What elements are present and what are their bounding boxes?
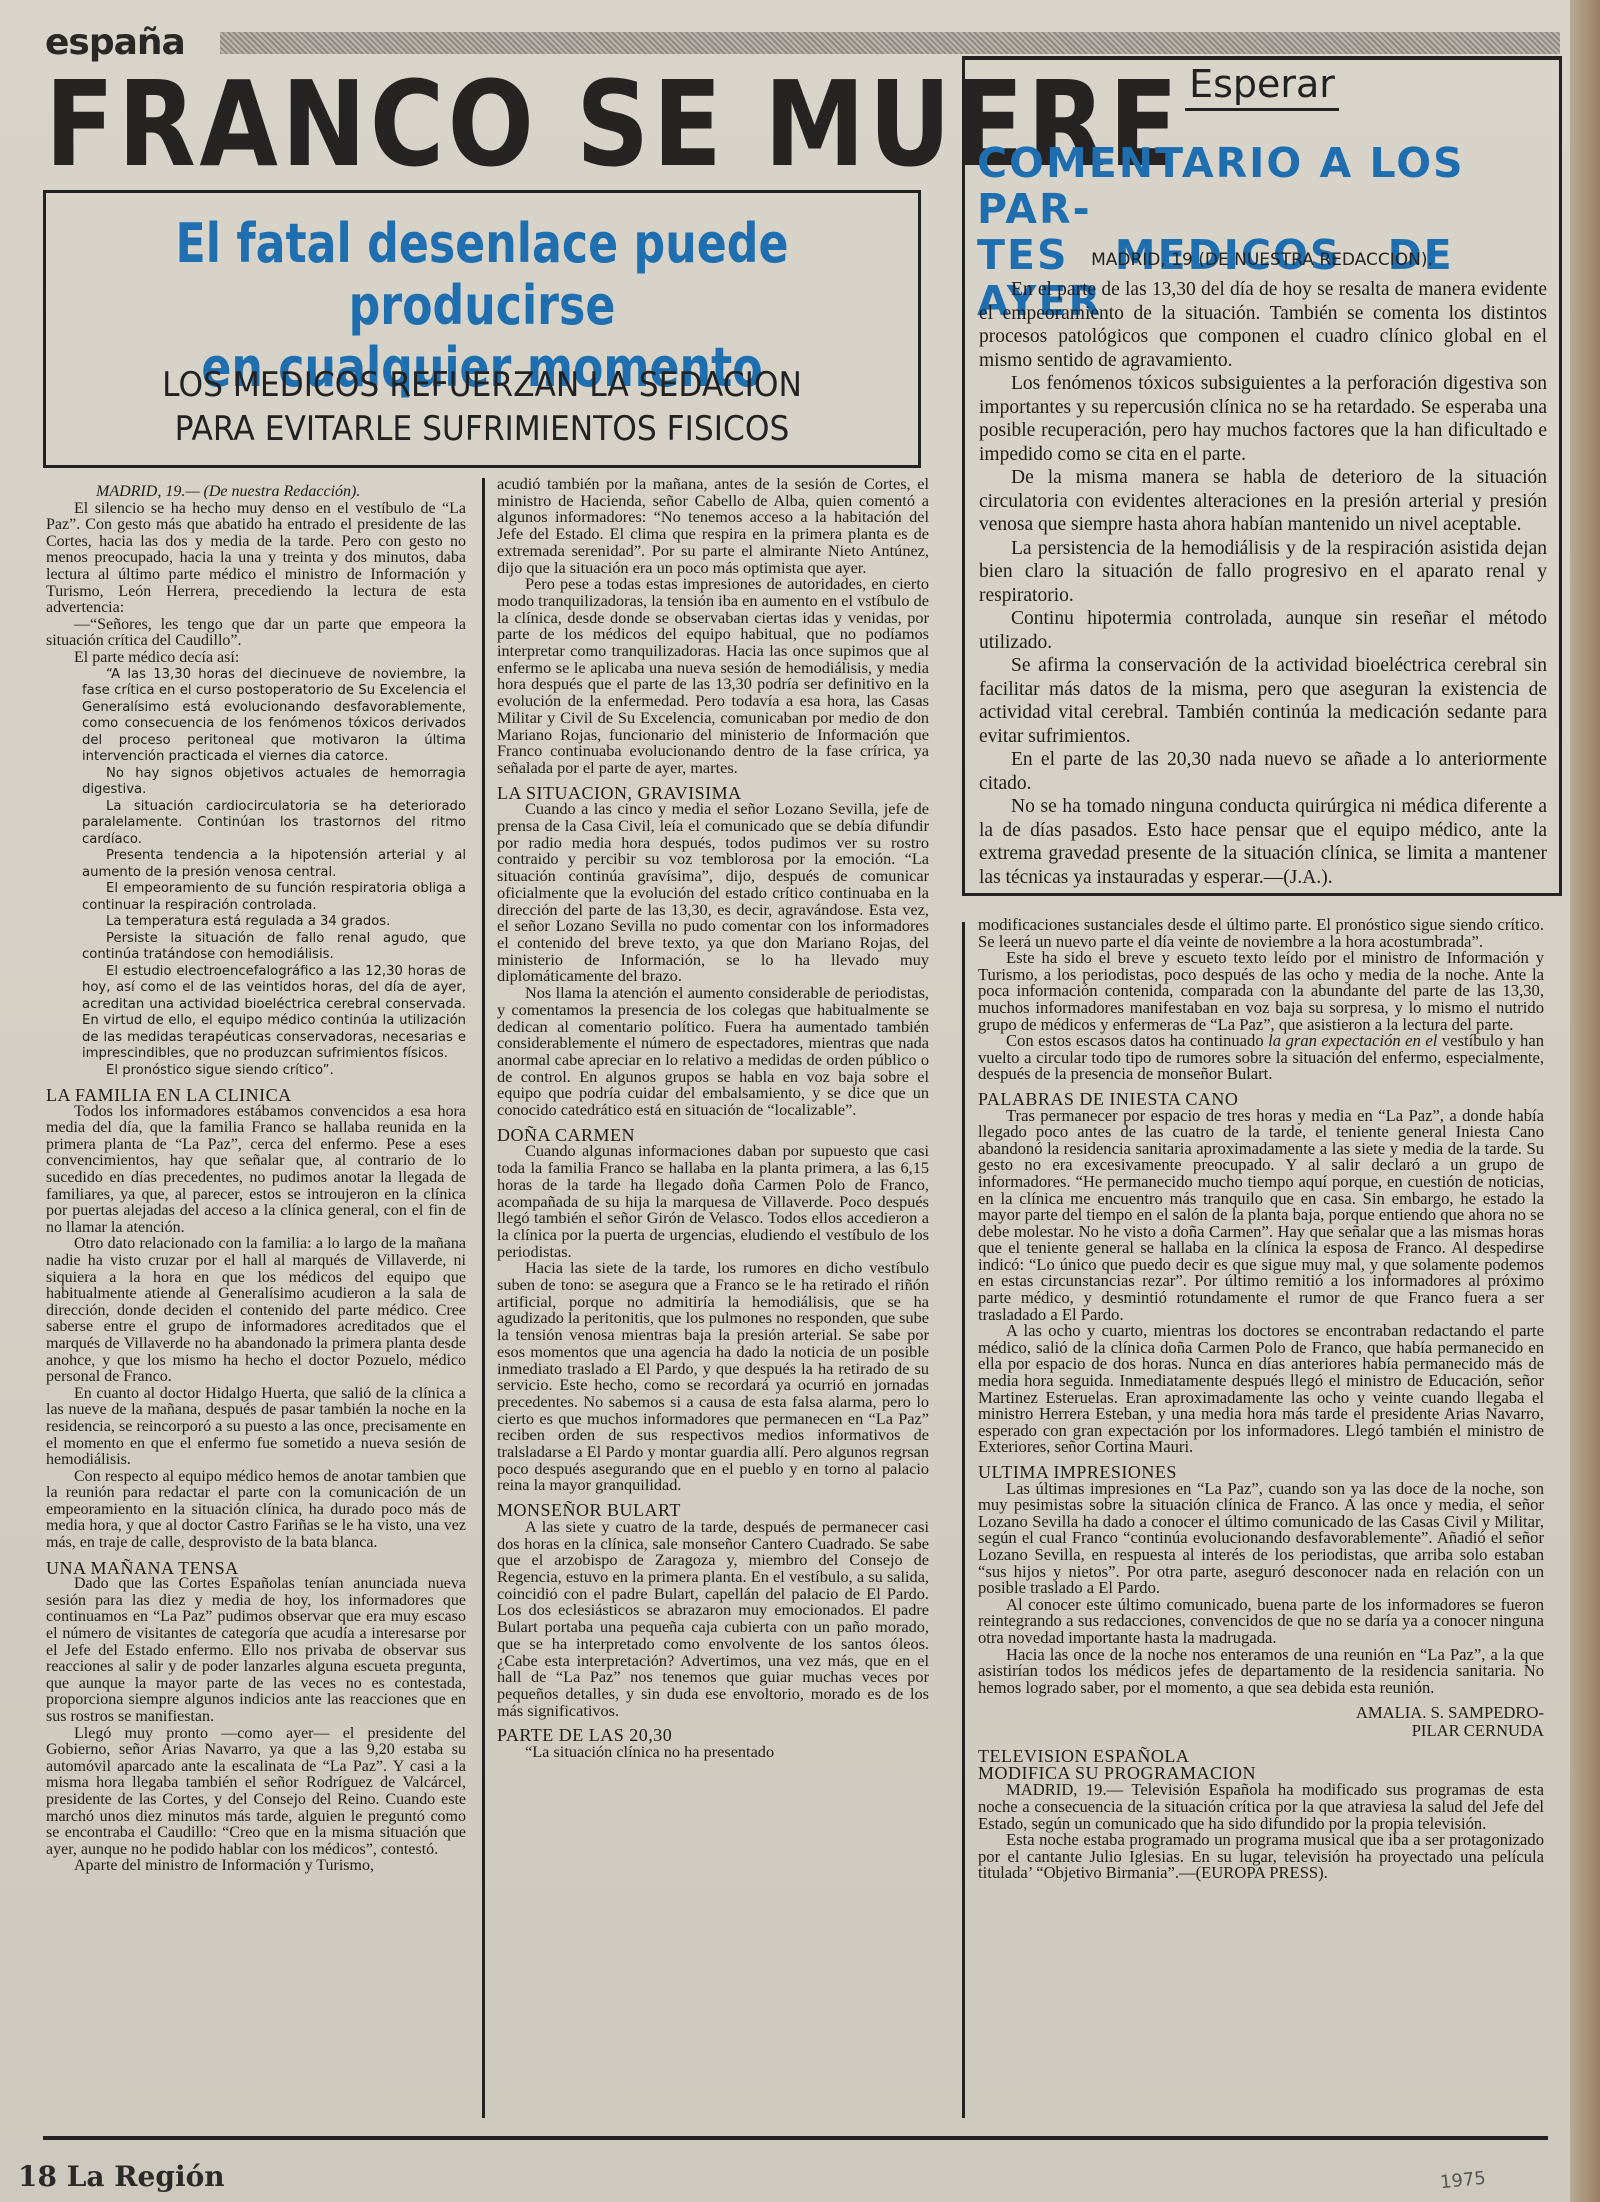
paragraph: No hay signos objetivos actuales de hemo… [82, 766, 466, 799]
byline-line: PILAR CERNUDA [978, 1722, 1544, 1740]
column-3-continuation: modificaciones sustanciales desde el últ… [978, 917, 1544, 1033]
column-rule [482, 478, 485, 2118]
paragraph: A las ocho y cuarto, mientras los doctor… [978, 1323, 1544, 1456]
paragraph: Al conocer este último comunicado, buena… [978, 1597, 1544, 1647]
paragraph: acudió también por la mañana, antes de l… [497, 476, 929, 576]
paragraph: El parte médico decía así: [46, 650, 466, 667]
paragraph: Hacia las once de la noche nos enteramos… [978, 1647, 1544, 1697]
medical-report-quote: “A las 13,30 horas del diecinueve de nov… [82, 667, 466, 1080]
paragraph: Cuando a las cinco y media el señor Loza… [497, 801, 929, 985]
expectation-paragraph: Con estos escasos datos ha continuado la… [978, 1033, 1544, 1083]
tv-brief-body: MADRID, 19.— Televisión Española ha modi… [978, 1782, 1544, 1882]
column-1-sections: LA FAMILIA EN LA CLINICATodos los inform… [46, 1087, 466, 1875]
sidebar-dateline: MADRID, 19 (DE NUESTRA REDACCION). [965, 250, 1559, 270]
main-headline: FRANCO SE MUERE [45, 65, 806, 183]
paragraph: Este ha sido el breve y escueto texto le… [978, 950, 1544, 1033]
paragraph: La persistencia de la hemodiálisis y de … [979, 537, 1547, 608]
paragraph: Continu hipotermia controlada, aunque si… [979, 607, 1547, 654]
article-column-2: acudió también por la mañana, antes de l… [497, 476, 929, 1761]
paragraph: Todos los informadores estábamos convenc… [46, 1104, 466, 1237]
sidebar-kicker: Esperar [965, 62, 1559, 106]
paragraph: El pronóstico sigue siendo crítico”. [82, 1063, 466, 1080]
paragraph: Nos llama la atención el aumento conside… [497, 985, 929, 1119]
paragraph: A las siete y cuatro de la tarde, despué… [497, 1519, 929, 1719]
page-number-and-masthead: 18 La Región [18, 2160, 225, 2193]
sidebar-body: En el parte de las 13,30 del día de hoy … [979, 278, 1547, 889]
paragraph: Aparte del ministro de Información y Tur… [46, 1858, 466, 1875]
subheadline-box: El fatal desenlace puede producirse en c… [43, 190, 921, 468]
article-column-3: modificaciones sustanciales desde el últ… [978, 917, 1544, 1882]
byline-line: AMALIA. S. SAMPEDRO- [978, 1704, 1544, 1722]
paragraph: Con respecto al equipo médico hemos de a… [46, 1469, 466, 1552]
paragraph: Se afirma la conservación de la activida… [979, 654, 1547, 748]
tv-brief-heading: TELEVISION ESPAÑOLA MODIFICA SU PROGRAMA… [978, 1748, 1544, 1782]
column-3-sections: PALABRAS DE INIESTA CANOTras permanecer … [978, 1091, 1544, 1696]
paragraph: Llegó muy pronto —como ayer— el presiden… [46, 1726, 466, 1859]
article-intro: El silencio se ha hecho muy denso en el … [46, 501, 466, 667]
sidebar-title-line: COMENTARIO A LOS PAR- [977, 140, 1547, 232]
page-edge [1570, 0, 1600, 2202]
paragraph: Los fenómenos tóxicos subsiguientes a la… [979, 372, 1547, 466]
paragraph: Pero pese a todas estas impresiones de a… [497, 576, 929, 776]
paragraph: Persiste la situación de fallo renal agu… [82, 931, 466, 964]
paragraph: En cuanto al doctor Hidalgo Huerta, que … [46, 1386, 466, 1469]
paragraph: MADRID, 19.— Televisión Española ha modi… [978, 1782, 1544, 1832]
paragraph: Las últimas impresiones en “La Paz”, cua… [978, 1481, 1544, 1597]
paragraph: Presenta tendencia a la hipotensión arte… [82, 848, 466, 881]
column-2-sections: LA SITUACION, GRAVISIMACuando a las cinc… [497, 785, 929, 1761]
paragraph: “La situación clínica no ha presentado [497, 1744, 929, 1761]
commentary-sidebar: Esperar COMENTARIO A LOS PAR- TES MEDICO… [962, 56, 1562, 896]
paragraph: Esta noche estaba programado un programa… [978, 1832, 1544, 1882]
sidebar-kicker-text: Esperar [1185, 62, 1339, 111]
paragraph: No se ha tomado ninguna conducta quirúrg… [979, 795, 1547, 889]
tv-brief: TELEVISION ESPAÑOLA MODIFICA SU PROGRAMA… [978, 1748, 1544, 1882]
section-heading: UNA MAÑANA TENSA [46, 1560, 466, 1577]
paragraph: La temperatura está regulada a 34 grados… [82, 914, 466, 931]
paragraph: Dado que las Cortes Españolas tenían anu… [46, 1576, 466, 1725]
paragraph: La situación cardiocirculatoria se ha de… [82, 799, 466, 849]
paragraph: En el parte de las 20,30 nada nuevo se a… [979, 748, 1547, 795]
black-subheadline: LOS MEDICOS REFUERZAN LA SEDACION PARA E… [81, 363, 883, 451]
column-rule [962, 922, 965, 2118]
paragraph: modificaciones sustanciales desde el últ… [978, 917, 1544, 950]
footer-date: 1975 [1439, 2168, 1487, 2194]
paragraph: En el parte de las 13,30 del día de hoy … [979, 278, 1547, 372]
paragraph: De la misma manera se habla de deterioro… [979, 466, 1547, 537]
section-rule [220, 32, 1560, 54]
paragraph: Cuando algunas informaciones daban por s… [497, 1143, 929, 1260]
paragraph: —“Señores, les tengo que dar un parte qu… [46, 617, 466, 650]
paragraph: Otro dato relacionado con la familia: a … [46, 1236, 466, 1385]
byline: AMALIA. S. SAMPEDRO- PILAR CERNUDA [978, 1704, 1544, 1740]
article-dateline: MADRID, 19.— (De nuestra Redacción). [46, 484, 466, 501]
paragraph: Hacia las siete de la tarde, los rumores… [497, 1260, 929, 1494]
column-2-continuation: acudió también por la mañana, antes de l… [497, 476, 929, 777]
newspaper-page: españa FRANCO SE MUERE El fatal desenlac… [0, 0, 1570, 2202]
black-subheadline-line: PARA EVITARLE SUFRIMIENTOS FISICOS [81, 407, 883, 451]
section-heading: LA FAMILIA EN LA CLINICA [46, 1087, 466, 1104]
paragraph: El silencio se ha hecho muy denso en el … [46, 501, 466, 617]
black-subheadline-line: LOS MEDICOS REFUERZAN LA SEDACION [81, 363, 883, 407]
paragraph: Tras permanecer por espacio de tres hora… [978, 1108, 1544, 1324]
paragraph: El estudio electroencefalográfico a las … [82, 964, 466, 1063]
blue-subheadline-line: El fatal desenlace puede producirse [124, 213, 839, 337]
article-column-1: MADRID, 19.— (De nuestra Redacción). El … [46, 484, 466, 1875]
paragraph: El empeoramiento de su función respirato… [82, 881, 466, 914]
paragraph: “A las 13,30 horas del diecinueve de nov… [82, 667, 466, 766]
